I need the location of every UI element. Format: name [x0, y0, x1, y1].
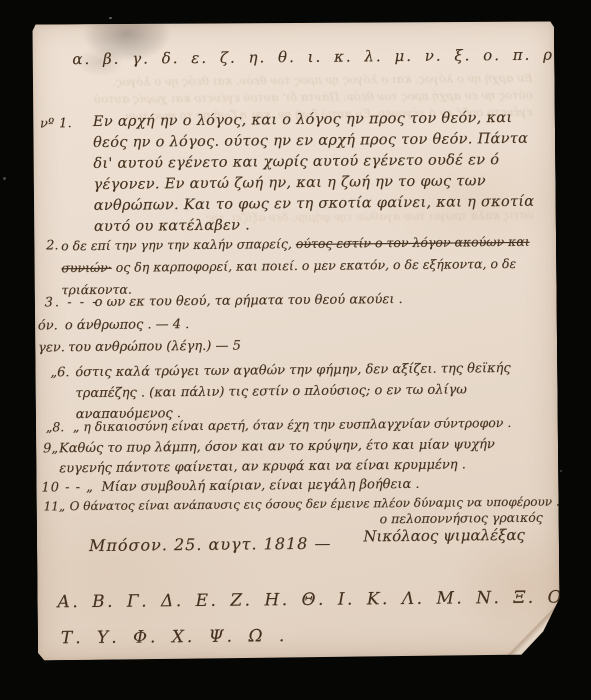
entry-number: νº 1. — [40, 113, 72, 134]
entry-number: 11„ — [44, 499, 66, 513]
entry-number: 9„ — [43, 439, 58, 459]
manuscript-entry-10: 10 - - „ Μίαν συμβουλή καίριαν, είναι με… — [101, 476, 544, 495]
entry-number: 2. — [46, 235, 59, 257]
manuscript-entry-9: 9„ Καθώς το πυρ λάμπη, όσον και αν το κρ… — [59, 435, 544, 480]
manuscript-entry-8: „8. „ η δικαιοσύνη είναι αρετή, όταν έχη… — [73, 415, 544, 435]
manuscript-entry-4: όν. ο άνθρωπος . — 4 . — [65, 314, 543, 334]
entry-text: ο δε επί την γην την καλήν σπαρείς, — [61, 236, 296, 253]
entry-number: γεν. — [38, 340, 65, 355]
signature-name: Νικόλαος ψιμαλέξας — [337, 526, 525, 546]
uppercase-alphabet-line-1: Α. Β. Γ. Δ. Ε. Ζ. Η. Θ. Ι. Κ. Λ. Μ. Ν. Ξ… — [57, 586, 591, 613]
dust-speck — [3, 177, 6, 180]
entry-text: Καθώς το πυρ λάμπη, όσον και αν το κρύψη… — [59, 437, 495, 476]
manuscript-entry-5: γεν. του ανθρώπου (λέγη.) — 5 — [68, 336, 543, 356]
entry-number: „6. — [50, 362, 69, 383]
lowercase-alphabet-line: α. β. γ. δ. ε. ζ. η. θ. ι. κ. λ. μ. ν. ξ… — [72, 46, 542, 69]
place-date-line: Μπόσον. 25. αυγτ. 1818 — — [89, 534, 332, 555]
manuscript-entry-1: νº 1. Εν αρχή ην ο λόγος, και ο λόγος ην… — [93, 108, 542, 238]
entry-number: 3. - - - — [45, 295, 99, 311]
entry-text: „ η δικαιοσύνη είναι αρετή, όταν έχη την… — [73, 415, 512, 434]
entry-text: όστις καλά τρώγει των αγαθών την φήμην, … — [75, 361, 510, 422]
entry-number: „8. — [46, 419, 65, 434]
manuscript-entry-3: 3. - - - ο ων εκ του θεού, τα ρήματα του… — [95, 291, 543, 310]
entry-number: όν. — [38, 318, 58, 333]
signature-title-line: ο πελοποννήσιος γραικός — [337, 510, 543, 527]
manuscript-photo: Εν αρχή ην ο λόγος, και ο λόγος ην προς … — [0, 0, 591, 700]
entry-text: Μίαν συμβουλή καίριαν, είναι μεγάλη βοήθ… — [101, 477, 419, 495]
entry-text: Εν αρχή ην ο λόγος, και ο λόγος ην προς … — [93, 110, 535, 235]
entry-text: του ανθρώπου (λέγη.) — 5 — [68, 339, 241, 356]
entry-text: ο ων εκ του θεού, τα ρήματα του θεού ακο… — [95, 292, 403, 310]
uppercase-alphabet-line-2: Τ. Υ. Φ. Χ. Ψ. Ω . — [61, 626, 288, 648]
dust-speck — [560, 470, 562, 472]
entry-number: 10 - - „ — [41, 480, 94, 496]
entry-text: ο άνθρωπος . — 4 . — [65, 317, 190, 333]
manuscript-page: Εν αρχή ην ο λόγος, και ο λόγος ην προς … — [32, 20, 560, 661]
dust-speck — [109, 17, 112, 19]
